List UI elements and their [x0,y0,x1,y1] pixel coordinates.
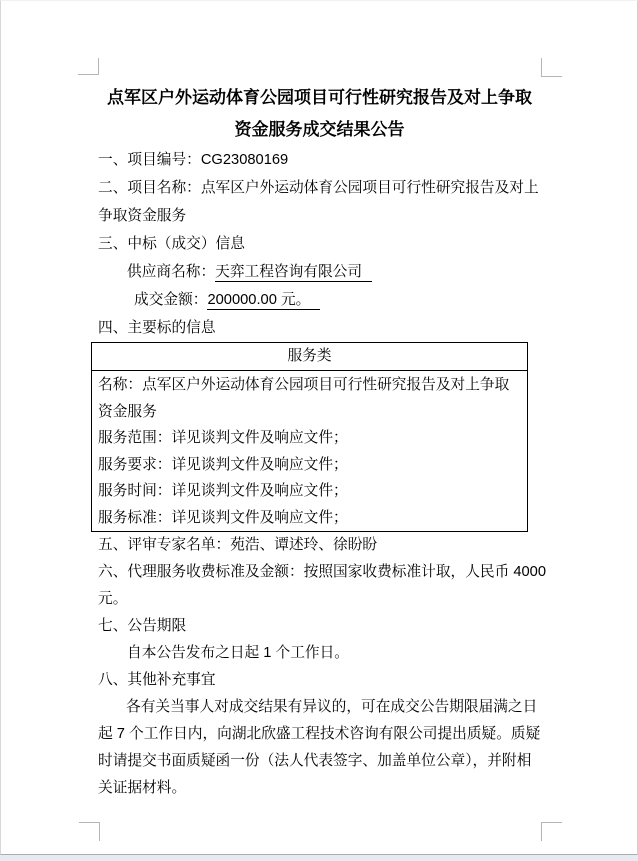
document-content: 点军区户外运动体育公园项目可行性研究报告及对上争取 资金服务成交结果公告 一、项… [98,1,560,802]
section-award-info-heading: 三、中标（成交）信息 [98,230,560,258]
section-experts: 五、评审专家名单：苑浩、谭述玲、徐盼盼 [98,532,560,559]
margin-crop-mark-bottom-right [541,822,562,841]
document-viewport: 点军区户外运动体育公园项目可行性研究报告及对上争取 资金服务成交结果公告 一、项… [0,0,638,861]
document-title: 点军区户外运动体育公园项目可行性研究报告及对上争取 资金服务成交结果公告 [98,82,541,146]
subject-table-header: 服务类 [92,343,527,371]
section-project-name: 二、项目名称：点军区户外运动体育公园项目可行性研究报告及对上 争取资金服务 [98,174,560,230]
document-page: 点军区户外运动体育公园项目可行性研究报告及对上争取 资金服务成交结果公告 一、项… [0,0,638,855]
section-period-heading: 七、公告期限 [98,613,560,640]
subject-info-table: 服务类 名称：点军区户外运动体育公园项目可行性研究报告及对上争取 资金服务 服务… [91,342,528,532]
project-number-value: CG23080169 [201,152,288,168]
margin-crop-mark-top-left [78,58,99,75]
sections-after-table: 五、评审专家名单：苑浩、谭述玲、徐盼盼 六、代理服务收费标准及金额：按照国家收费… [98,532,560,802]
amount-value: 200000.00 元。 [207,292,320,310]
sections-before-table: 一、项目编号：CG23080169 二、项目名称：点军区户外运动体育公园项目可行… [98,146,560,342]
section-other-heading: 八、其他补充事宜 [98,667,560,694]
section-agency-fee: 六、代理服务收费标准及金额：按照国家收费标准计取，人民币 4000 元。 [98,559,560,613]
section-period-body: 自本公告发布之日起 1 个工作日。 [98,640,560,667]
supplier-name-value: 天弈工程咨询有限公司 [215,264,372,282]
amount-label: 成交金额： [134,292,207,308]
project-number-label: 一、项目编号： [98,152,201,168]
subject-table-cell: 名称：点军区户外运动体育公园项目可行性研究报告及对上争取 资金服务 服务范围：详… [92,371,527,531]
supplier-label: 供应商名称： [127,264,215,280]
margin-crop-mark-bottom-left [79,822,100,841]
section-project-number: 一、项目编号：CG23080169 [98,146,560,174]
amount-line: 成交金额：200000.00 元。 [98,286,560,314]
section-other-body: 各有关当事人对成交结果有异议的，可在成交公告期限届满之日 起 7 个工作日内，向… [98,694,560,802]
section-subject-heading: 四、主要标的信息 [98,314,560,342]
supplier-line: 供应商名称：天弈工程咨询有限公司 [98,258,560,286]
